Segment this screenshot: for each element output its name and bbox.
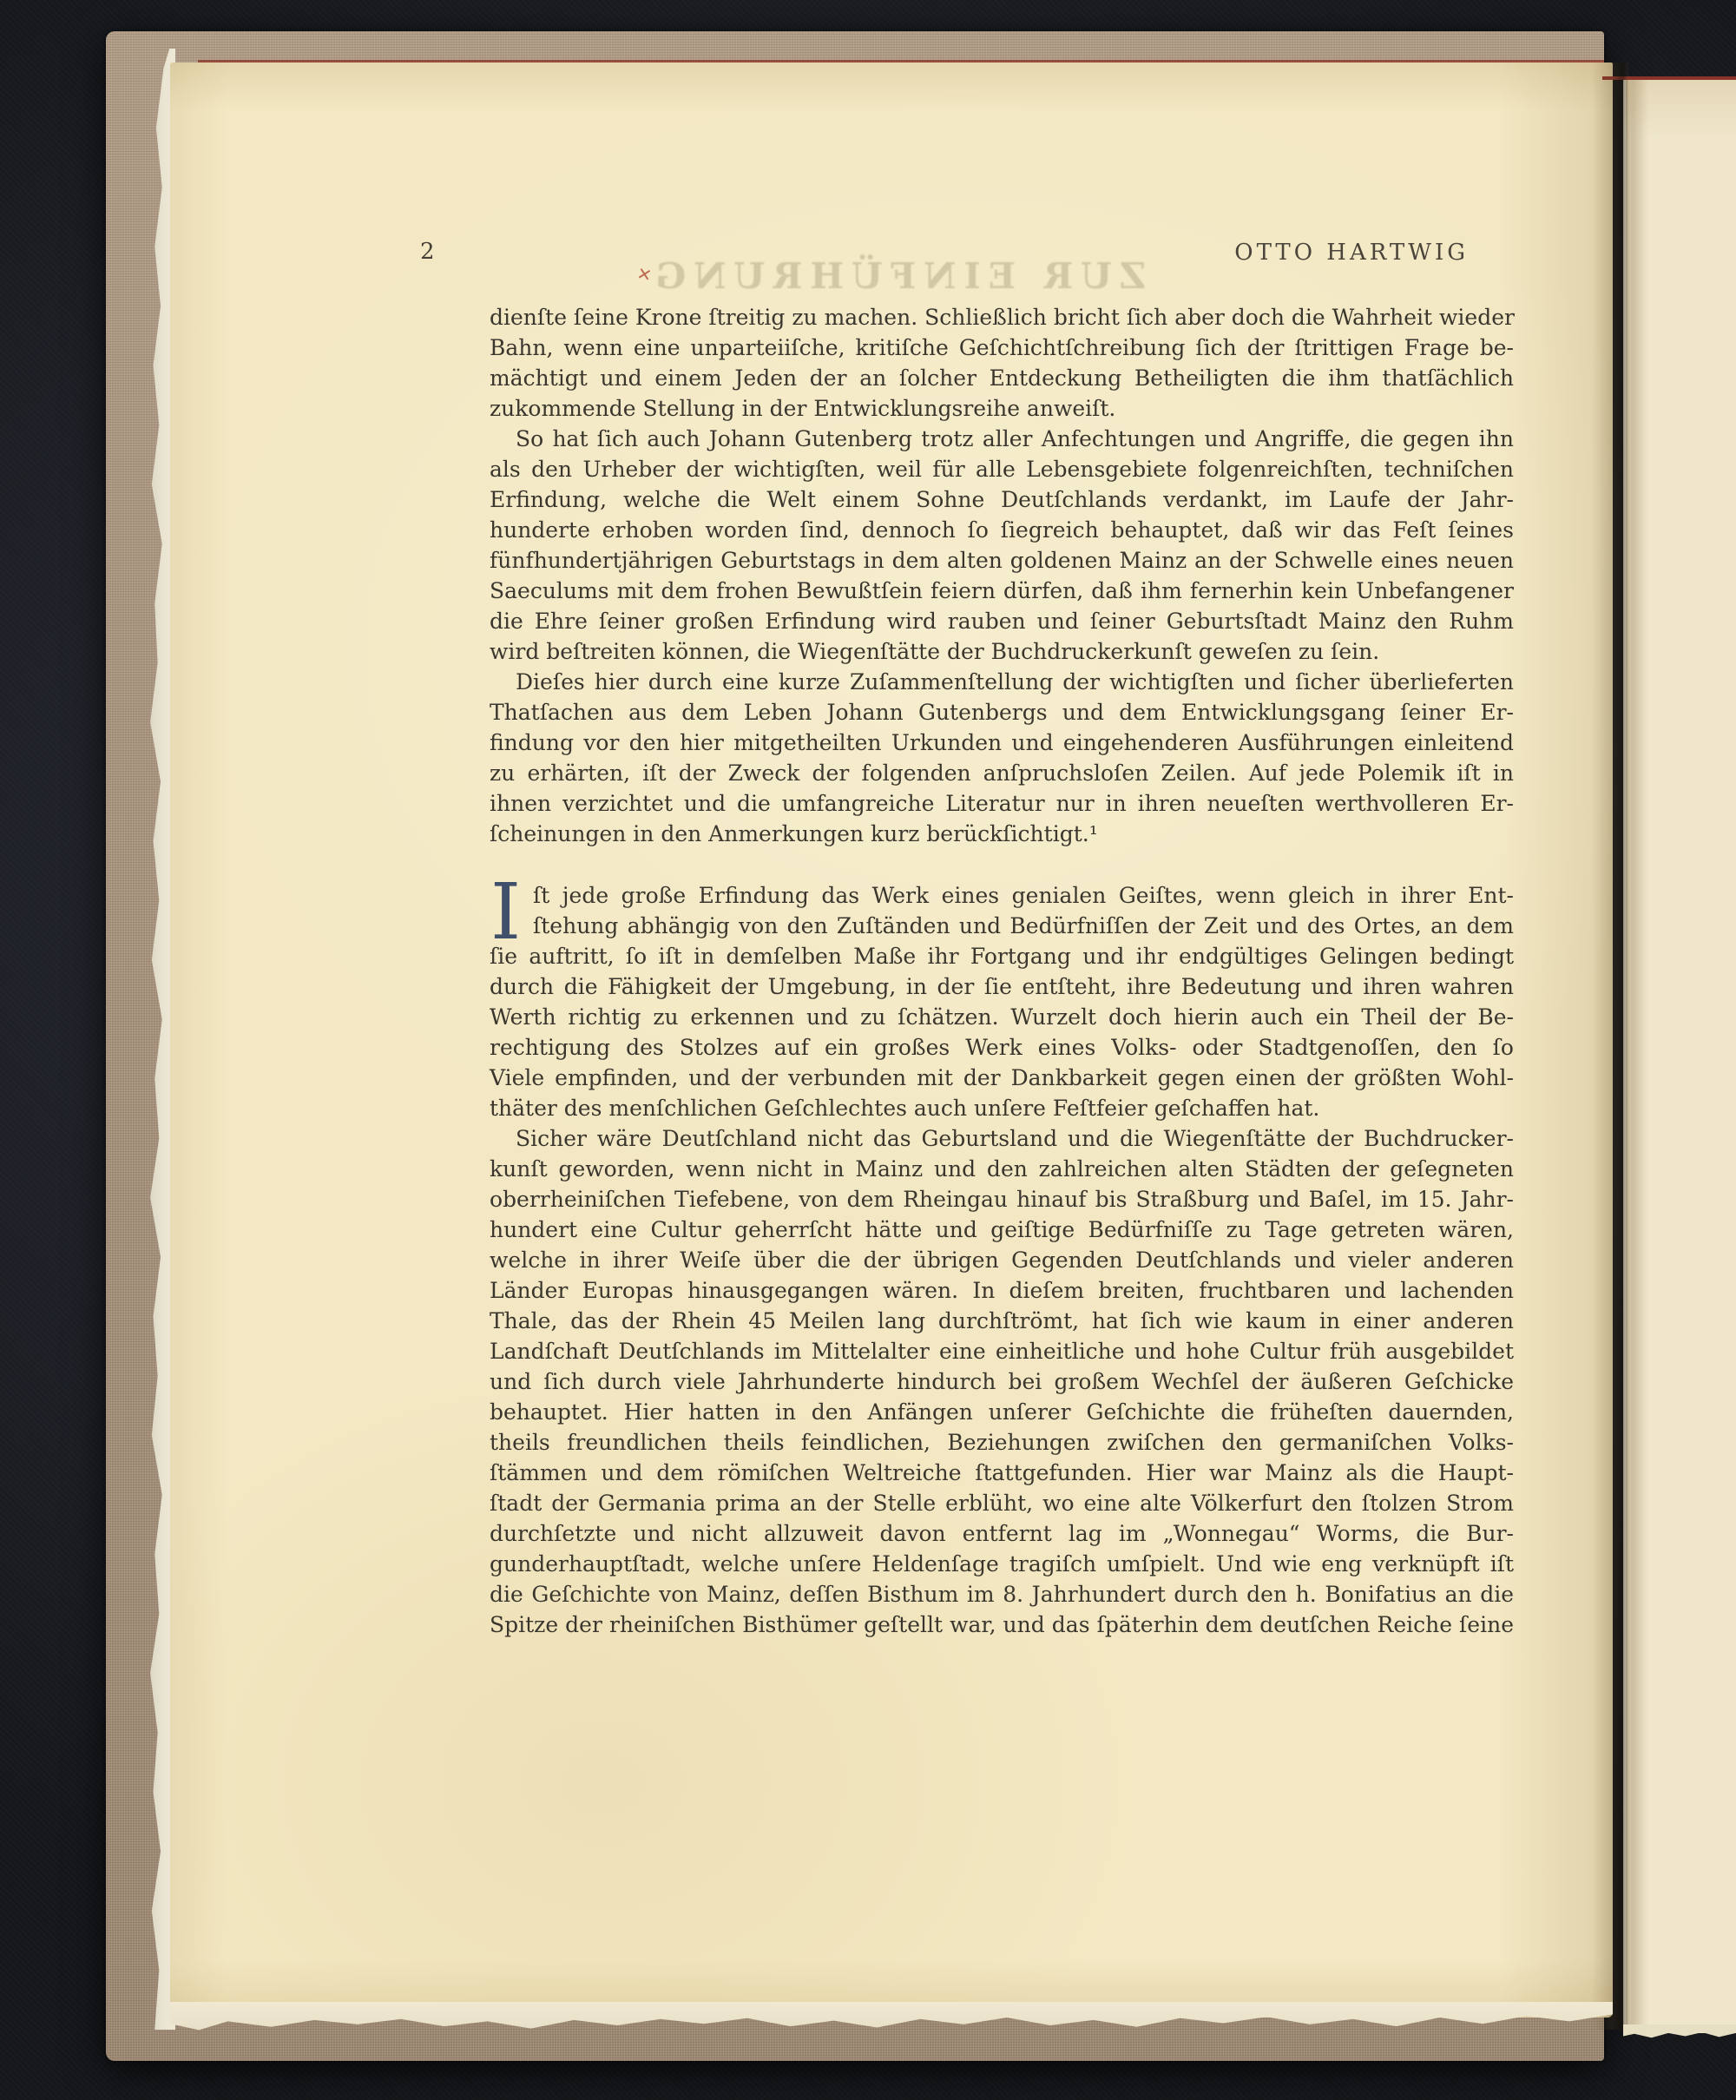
deckle-edge-right-bottom [1623, 2024, 1736, 2040]
text-line: thäter des menſchlichen Geſchlechtes auc… [490, 1093, 1514, 1123]
text-line: und ſich durch viele Jahrhunderte hindur… [490, 1366, 1514, 1397]
text-line: Bahn, wenn eine unparteiiſche, kritiſche… [490, 332, 1514, 363]
text-line: Saeculums mit dem frohen Bewußtſein feie… [490, 576, 1514, 606]
text-line: ſcheinungen in den Anmerkungen kurz berü… [490, 819, 1514, 849]
text-line: wird beſtreiten können, die Wiegenſtätte… [490, 636, 1514, 667]
bleed-through-heading: ZUR EINFÜHRUNG [693, 255, 1146, 299]
page-right-leaf [1623, 80, 1736, 2033]
text-line: Landſchaft Deutſchlands im Mittelalter e… [490, 1336, 1514, 1366]
text-line: ſt jede große Erfindung das Werk eines g… [490, 880, 1514, 911]
text-line: durch die Fähigkeit der Umgebung, in der… [490, 971, 1514, 1002]
text-line: hunderte erhoben worden ſind, dennoch ſo… [490, 515, 1514, 545]
text-line: ſtämmen und dem römiſchen Weltreiche ſta… [490, 1458, 1514, 1488]
body-text-lines: ſt jede große Erfindung das Werk eines g… [490, 880, 1514, 1640]
text-line: Thale, das der Rhein 45 Meilen lang durc… [490, 1306, 1514, 1336]
text-line: theils freundlichen theils feindlichen, … [490, 1427, 1514, 1458]
text-line: die Geſchichte von Mainz, deſſen Bisthum… [490, 1579, 1514, 1610]
text-line: rechtigung des Stolzes auf ein großes We… [490, 1032, 1514, 1063]
body-text-block-b: I ſt jede große Erfindung das Werk eines… [490, 880, 1514, 1640]
text-line: Dieſes hier durch eine kurze Zuſammenſte… [490, 667, 1514, 697]
text-line: mächtigt und einem Jeden der an ſolcher … [490, 363, 1514, 393]
text-line: gunderhauptſtadt, welche unſere Heldenſa… [490, 1549, 1514, 1579]
text-line: die Ehre ſeiner großen Erfindung wird ra… [490, 606, 1514, 636]
text-line: ſie auftritt, ſo iſt in demſelben Maße i… [490, 941, 1514, 971]
text-line: Spitze der rheiniſchen Bisthümer geſtell… [490, 1610, 1514, 1640]
text-line: Werth richtig zu erkennen und zu ſchätze… [490, 1002, 1514, 1032]
scan-background: { "page": { "number": "2", "running_head… [0, 0, 1736, 2100]
text-line: welche in ihrer Weiſe über die der übrig… [490, 1245, 1514, 1275]
text-line: kunſt geworden, wenn nicht in Mainz und … [490, 1154, 1514, 1184]
text-line: ſtehung abhängig von den Zuſtänden und B… [490, 911, 1514, 941]
text-line: ihnen verzichtet und die umfangreiche Li… [490, 788, 1514, 819]
page-number: 2 [420, 239, 435, 265]
text-line: zu erhärten, iſt der Zweck der folgenden… [490, 758, 1514, 788]
text-line: Länder Europas hinausgegangen wären. In … [490, 1275, 1514, 1306]
drop-cap-initial: I [490, 885, 529, 941]
text-line: Thatſachen aus dem Leben Johann Gutenber… [490, 697, 1514, 727]
text-line: oberrheiniſchen Tiefebene, von dem Rhein… [490, 1184, 1514, 1215]
page-left-main: 2 OTTO HARTWIG ZUR EINFÜHRUNG ✕ dienſte … [170, 63, 1613, 2018]
text-line: behauptet. Hier hatten in den Anfängen u… [490, 1397, 1514, 1427]
red-top-edge-left-page [198, 60, 1604, 63]
text-line: ſtadt der Germania prima an der Stelle e… [490, 1488, 1514, 1518]
text-line: hundert eine Cultur geherrſcht hätte und… [490, 1215, 1514, 1245]
text-line: Viele empfinden, und der verbunden mit d… [490, 1063, 1514, 1093]
text-line: dienſte ſeine Krone ſtreitig zu machen. … [490, 302, 1514, 332]
text-line: Sicher wäre Deutſchland nicht das Geburt… [490, 1123, 1514, 1154]
text-line: als den Urheber der wichtigſten, weil fü… [490, 454, 1514, 484]
text-line: So hat ſich auch Johann Gutenberg trotz … [490, 424, 1514, 454]
text-line: zukommende Stellung in der Entwicklungsr… [490, 393, 1514, 424]
body-text-block-a: dienſte ſeine Krone ſtreitig zu machen. … [490, 302, 1514, 849]
text-line: findung vor den hier mitgetheilten Urkun… [490, 727, 1514, 758]
gutter-fold-shadow [1592, 63, 1628, 2030]
running-header: OTTO HARTWIG [1234, 240, 1469, 266]
text-line: fünfhundertjährigen Geburtstags in dem a… [490, 545, 1514, 576]
text-line: Erfindung, welche die Welt einem Sohne D… [490, 484, 1514, 515]
text-line: durchſetzte und nicht allzuweit davon en… [490, 1518, 1514, 1549]
